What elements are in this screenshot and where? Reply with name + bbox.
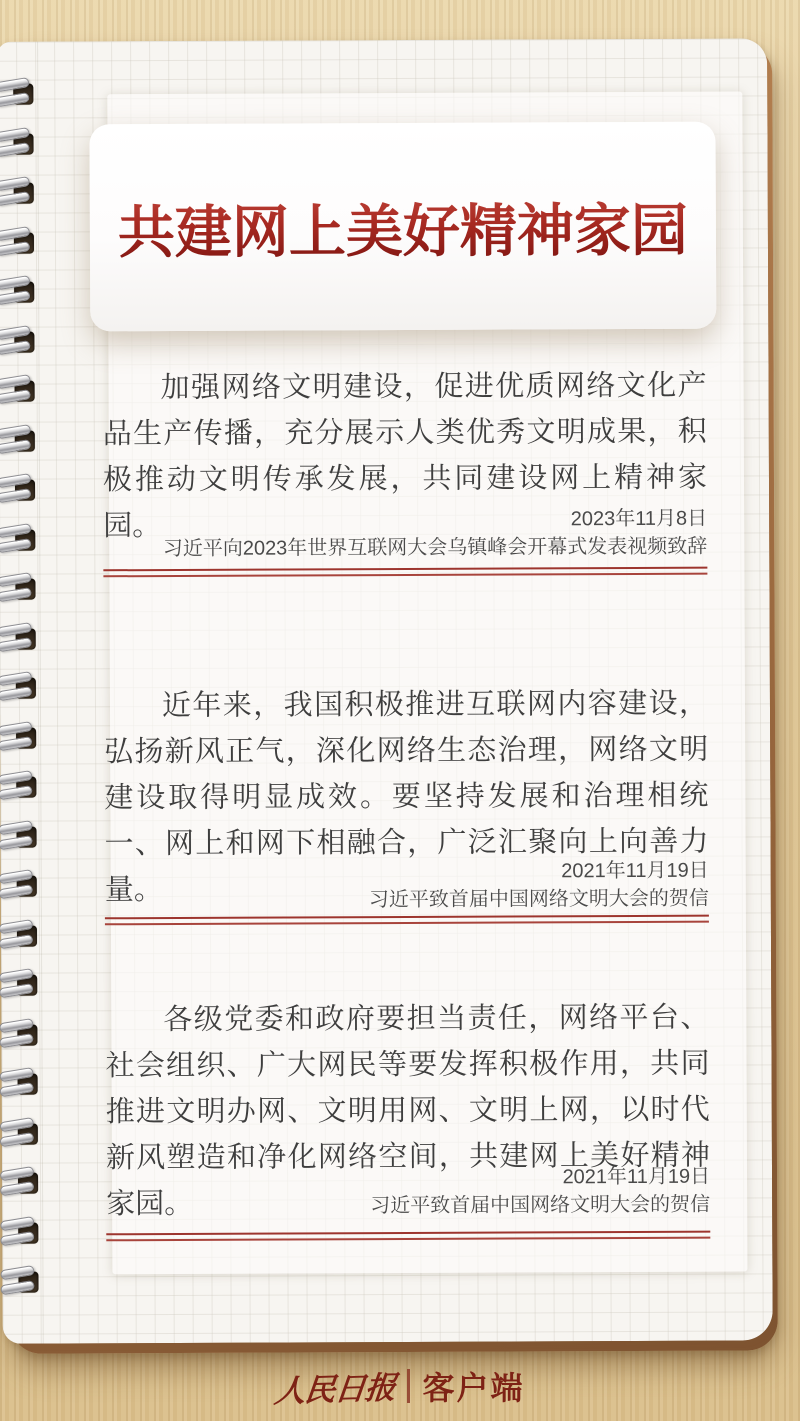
spiral-ring [0, 128, 38, 158]
quote-date-2: 2021年11月19日 [105, 857, 709, 888]
client-label: 客户端 [422, 1363, 524, 1409]
peoples-daily-logo-text: 人民日报 [273, 1361, 398, 1410]
binding-wire [0, 439, 31, 454]
quote-meta-1: 2023年11月8日 习近平向2023年世界互联网大会乌镇峰会开幕式发表视频致辞 [103, 505, 707, 564]
spiral-ring [1, 1019, 41, 1049]
spiral-ring [1, 970, 41, 1000]
spiral-ring [0, 475, 39, 505]
logo-divider [407, 1369, 410, 1403]
spiral-ring [0, 425, 39, 455]
title-card: 共建网上美好精神家园 [89, 122, 716, 332]
binding-wire [0, 1082, 34, 1097]
quote-meta-3: 2021年11月19日 习近平致首届中国网络文明大会的贺信 [106, 1163, 710, 1222]
binding-wire [0, 1033, 34, 1048]
binding-wire [0, 983, 34, 998]
quote-date-1: 2023年11月8日 [103, 505, 707, 536]
spiral-ring [0, 178, 38, 208]
notebook-page: 共建网上美好精神家园 加强网络文明建设，促进优质网络文化产品生产传播，充分展示人… [0, 38, 773, 1343]
spiral-notebook: 共建网上美好精神家园 加强网络文明建设，促进优质网络文化产品生产传播，充分展示人… [0, 0, 800, 1421]
quote-source-2: 习近平致首届中国网络文明大会的贺信 [105, 885, 709, 916]
binding-wire [0, 488, 32, 503]
quote-date-3: 2021年11月19日 [106, 1163, 710, 1194]
spiral-ring [0, 227, 38, 257]
quote-source-1: 习近平向2023年世界互联网大会乌镇峰会开幕式发表视频致辞 [103, 533, 707, 564]
spiral-ring [0, 673, 40, 703]
binding-wire [0, 587, 32, 602]
spiral-ring [0, 326, 38, 356]
binding-wire [0, 191, 30, 206]
spiral-ring [0, 277, 38, 307]
spiral-ring [1, 871, 41, 901]
binding-wire [0, 92, 30, 107]
binding-wire [0, 934, 34, 949]
binding-wire [0, 340, 31, 355]
binding-wire [0, 1231, 35, 1246]
binding-wire [0, 686, 33, 701]
binding-wire [0, 1280, 35, 1295]
binding-wire [0, 785, 33, 800]
spiral-ring [0, 376, 39, 406]
binding-wire [0, 637, 32, 652]
spiral-ring [0, 722, 40, 752]
page-title: 共建网上美好精神家园 [118, 184, 688, 268]
spiral-ring [0, 79, 37, 109]
footer-logo: 人民日报 客户端 [0, 1362, 800, 1410]
spiral-ring [1, 920, 41, 950]
binding-wire [0, 290, 31, 305]
binding-wire [0, 1132, 34, 1147]
spiral-ring [0, 623, 40, 653]
spiral-ring [0, 772, 40, 802]
binding-wire [0, 538, 32, 553]
binding-wire [0, 142, 30, 157]
spiral-binding [0, 2, 47, 1421]
spiral-ring [2, 1118, 42, 1148]
spiral-ring [0, 574, 40, 604]
binding-wire [0, 835, 33, 850]
quote-meta-2: 2021年11月19日 习近平致首届中国网络文明大会的贺信 [105, 857, 709, 916]
binding-wire [0, 1181, 35, 1196]
binding-wire [0, 736, 33, 751]
binding-wire [0, 884, 33, 899]
binding-wire [0, 241, 31, 256]
spiral-ring [0, 524, 39, 554]
quote-source-3: 习近平致首届中国网络文明大会的贺信 [106, 1191, 710, 1222]
binding-wire [0, 389, 31, 404]
spiral-ring [2, 1069, 42, 1099]
spiral-ring [0, 821, 40, 851]
spiral-ring [2, 1168, 42, 1198]
spiral-ring [2, 1217, 42, 1247]
spiral-ring [2, 1267, 42, 1297]
